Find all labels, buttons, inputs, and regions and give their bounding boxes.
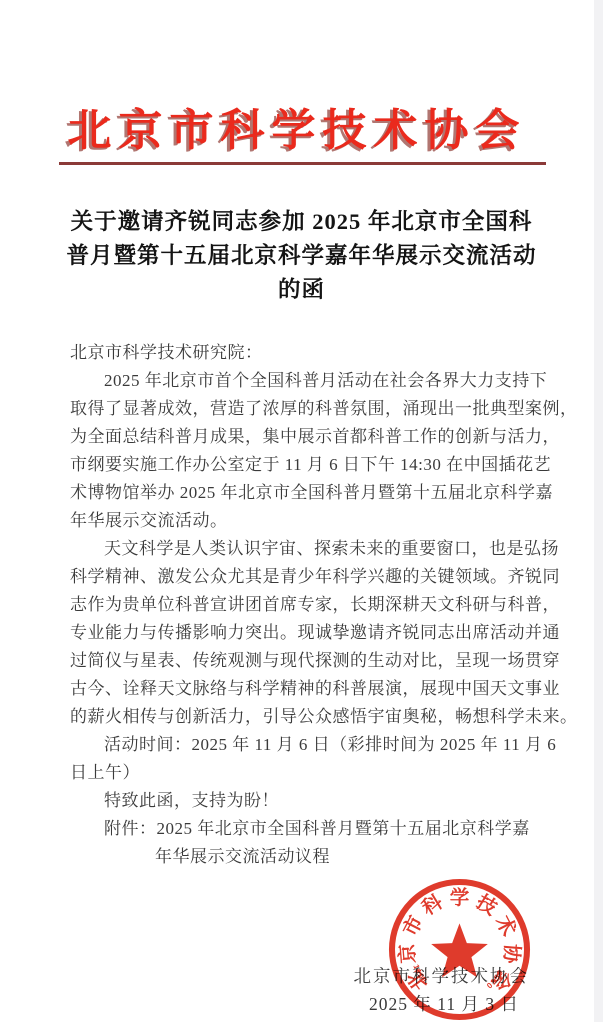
document-title-line: 的函 <box>30 273 573 307</box>
body-line: 日上午） <box>70 759 554 787</box>
seal-char: 协 <box>499 943 524 966</box>
document-title: 关于邀请齐锐同志参加 2025 年北京市全国科普月暨第十五届北京科学嘉年华展示交… <box>30 205 573 307</box>
seal-char: 京 <box>395 942 419 964</box>
page-edge-strip <box>594 0 603 1022</box>
body-line: 的薪火相传与创新活力，引导公众感悟宇宙奥秘，畅想科学未来。 <box>70 703 554 731</box>
body-line: 天文科学是人类认识宇宙、探索未来的重要窗口，也是弘扬 <box>70 535 554 563</box>
body-line: 科学精神、激发公众尤其是青少年科学兴趣的关键领域。齐锐同 <box>70 563 554 591</box>
body-line: 年华展示交流活动议程 <box>70 843 554 871</box>
body-line: 取得了显著成效，营造了浓厚的科普氛围，涌现出一批典型案例， <box>70 395 554 423</box>
body-line: 市纲要实施工作办公室定于 11 月 6 日下午 14:30 在中国插花艺 <box>70 451 554 479</box>
body-line: 术博物馆举办 2025 年北京市全国科普月暨第十五届北京科学嘉 <box>70 479 554 507</box>
document-title-line: 普月暨第十五届北京科学嘉年华展示交流活动 <box>30 239 573 273</box>
body-line: 2025 年北京市首个全国科普月活动在社会各界大力支持下 <box>70 367 554 395</box>
body-line: 北京市科学技术研究院： <box>70 339 554 367</box>
body-line: 过简仪与星表、传统观测与现代探测的生动对比，呈现一场贯穿 <box>70 647 554 675</box>
document-title-line: 关于邀请齐锐同志参加 2025 年北京市全国科 <box>30 205 573 239</box>
body-line: 志作为贵单位科普宣讲团首席专家，长期深耕天文科研与科普， <box>70 591 554 619</box>
letterhead-rule <box>59 162 546 165</box>
body-line: 附件：2025 年北京市全国科普月暨第十五届北京科学嘉 <box>70 815 554 843</box>
body-line: 年华展示交流活动。 <box>70 507 554 535</box>
seal-char: 学 <box>450 886 470 909</box>
star-icon <box>431 923 488 977</box>
body-line: 古今、诠释天文脉络与科学精神的科普展演，展现中国天文事业 <box>70 675 554 703</box>
body-line: 特致此函，支持为盼！ <box>70 787 554 815</box>
letterhead-title: 北京市科学技术协会 <box>0 94 594 158</box>
official-seal: 北京市科学技术协会 1101 0259 <box>385 875 534 1022</box>
body-line: 专业能力与传播影响力突出。现诚挚邀请齐锐同志出席活动并通 <box>70 619 554 647</box>
letter-page: 北京市科学技术协会 关于邀请齐锐同志参加 2025 年北京市全国科普月暨第十五届… <box>0 0 603 1022</box>
body-line: 为全面总结科普月成果，集中展示首都科普工作的创新与活力， <box>70 423 554 451</box>
body-line: 活动时间：2025 年 11 月 6 日（彩排时间为 2025 年 11 月 6 <box>70 731 554 759</box>
letter-body: 北京市科学技术研究院：2025 年北京市首个全国科普月活动在社会各界大力支持下取… <box>70 339 554 871</box>
